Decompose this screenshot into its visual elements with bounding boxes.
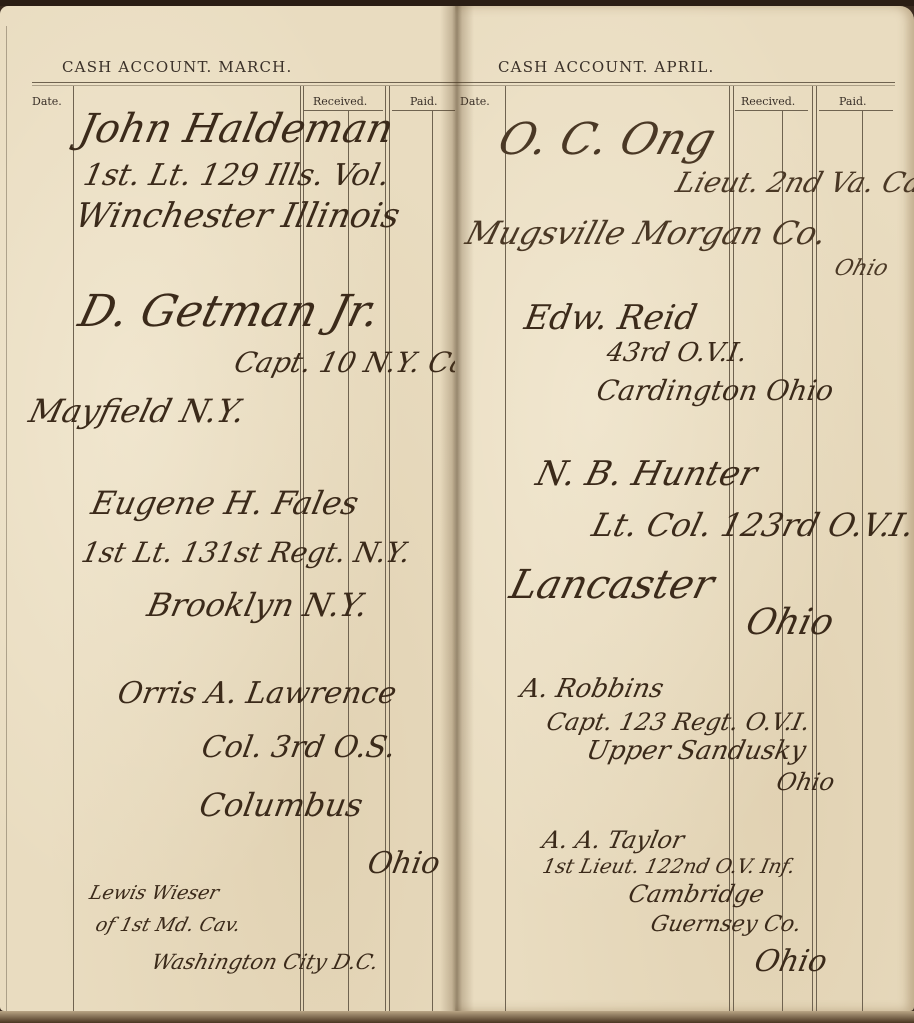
entry-state: Ohio bbox=[774, 768, 837, 796]
entry-location: Mayfield N.Y. bbox=[25, 392, 249, 430]
header-rule-double bbox=[32, 85, 455, 86]
entry-location: Washington City D.C. bbox=[149, 950, 381, 974]
entry-rank: 1st. Lt. 129 Ills. Vol. bbox=[80, 158, 393, 193]
entry-county: Guernsey Co. bbox=[648, 912, 803, 937]
entry-name: Eugene H. Fales bbox=[88, 484, 362, 522]
margin-line bbox=[6, 26, 7, 1011]
entry-rank: of 1st Md. Cav. bbox=[93, 914, 243, 936]
ledger-book: CASH ACCOUNT. MARCH. Date. Received. Pai… bbox=[0, 0, 914, 1023]
right-page: CASH ACCOUNT. APRIL. Date. Reecived. Pai… bbox=[455, 6, 914, 1011]
entry-name: Edw. Reid bbox=[521, 298, 700, 338]
paid-column-label: Paid. bbox=[839, 95, 867, 108]
left-page-header: CASH ACCOUNT. MARCH. bbox=[62, 58, 292, 76]
header-rule-double bbox=[455, 85, 895, 86]
entry-name: N. B. Hunter bbox=[532, 454, 761, 494]
date-column-label: Date. bbox=[460, 95, 490, 108]
received-column-label: Reecived. bbox=[741, 95, 795, 108]
paid-underline bbox=[819, 110, 893, 111]
header-rule bbox=[32, 82, 455, 83]
entry-state: Ohio bbox=[831, 256, 891, 281]
entry-location: Cambridge bbox=[626, 880, 767, 908]
entry-location: Mugsville Morgan Co. bbox=[462, 214, 832, 252]
entry-name: John Haldeman bbox=[75, 106, 397, 152]
entry-name: O. C. Ong bbox=[493, 114, 722, 165]
left-page: CASH ACCOUNT. MARCH. Date. Received. Pai… bbox=[0, 6, 455, 1011]
entry-state: Ohio bbox=[751, 944, 830, 979]
paid-underline bbox=[392, 110, 455, 111]
entry-location: Upper Sandusky bbox=[584, 736, 809, 766]
entry-rank: 43rd O.V.I. bbox=[604, 338, 749, 368]
entry-name: D. Getman Jr. bbox=[74, 286, 385, 337]
entry-location: Winchester Illinois bbox=[72, 196, 404, 236]
entry-state: Ohio bbox=[742, 602, 838, 643]
entry-rank: 1st Lt. 131st Regt. N.Y. bbox=[78, 536, 413, 569]
received-underline bbox=[735, 110, 808, 111]
entry-rank: Lieut. 2nd Va. Cav. bbox=[672, 166, 914, 199]
entry-name: A. Robbins bbox=[518, 674, 667, 704]
entry-rank: Capt. 123 Regt. O.V.I. bbox=[544, 708, 813, 736]
entry-location: Lancaster bbox=[505, 562, 718, 608]
entry-rank: Capt. 10 N.Y. Cav. bbox=[231, 346, 455, 379]
entry-location: Columbus bbox=[197, 786, 366, 824]
paid-column-label: Paid. bbox=[410, 95, 438, 108]
entry-rank: Lt. Col. 123rd O.V.I. bbox=[588, 506, 914, 544]
entry-name: A. A. Taylor bbox=[540, 826, 687, 854]
entry-rank: 1st Lieut. 122nd O.V. Inf. bbox=[540, 854, 797, 878]
page-bottom-edge bbox=[0, 1011, 914, 1023]
header-rule bbox=[455, 82, 895, 83]
right-page-header: CASH ACCOUNT. APRIL. bbox=[498, 58, 715, 76]
entry-state: Ohio bbox=[365, 846, 443, 881]
entry-location: Cardington Ohio bbox=[594, 374, 836, 407]
entry-location: Brooklyn N.Y. bbox=[144, 586, 371, 624]
entry-name: Lewis Wieser bbox=[87, 882, 221, 904]
date-column-label: Date. bbox=[32, 95, 62, 108]
paid-cents-line bbox=[862, 111, 863, 1011]
entry-rank: Col. 3rd O.S. bbox=[199, 730, 398, 765]
entry-name: Orris A. Lawrence bbox=[115, 676, 399, 711]
